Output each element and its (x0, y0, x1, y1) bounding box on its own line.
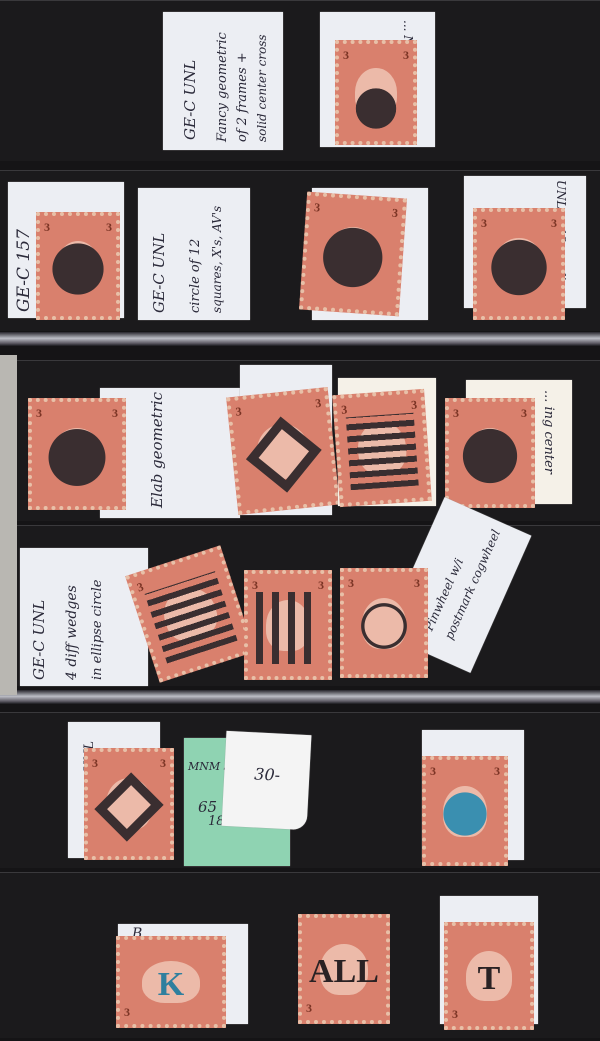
stamp[interactable]: 33 (36, 212, 120, 320)
note-text: GE-C UNL (150, 233, 168, 313)
blue-geometric-cancel (434, 778, 496, 849)
stamp[interactable]: 33 (422, 756, 508, 866)
star-cancel (485, 231, 552, 304)
stamp[interactable]: 3 T (444, 922, 534, 1030)
note-card: GE-C UNL 4 diff wedges in ellipse circle (20, 548, 148, 686)
star-cancel (346, 88, 405, 130)
stamp[interactable]: 3 K (116, 936, 226, 1028)
stamp[interactable]: 33 (332, 389, 432, 507)
stamp[interactable]: 33 (299, 192, 407, 317)
note-text: Elab geometric (148, 392, 166, 508)
strip-glare (0, 690, 600, 704)
wedge-cancel (145, 571, 238, 663)
note-card: GE-C UNL circle of 12 squares, X's, AV's (138, 188, 250, 320)
note-text: GE-C 157 (14, 229, 34, 312)
note-text: GE-C UNL (30, 600, 48, 680)
note-text: 4 diff wedges (64, 585, 80, 680)
grid-star-cancel (48, 234, 109, 304)
note-text: GE-C UNL (181, 60, 199, 140)
cork-cancel (41, 421, 113, 494)
page-edge (0, 355, 17, 695)
note-text: solid center cross (255, 34, 269, 142)
stamp[interactable]: 33 (244, 570, 332, 680)
price-tag: 30- (222, 731, 312, 830)
note-text: Fancy geometric (215, 32, 230, 142)
stamp[interactable]: 33 (445, 398, 535, 508)
stock-strip-1 (0, 0, 600, 161)
stamp[interactable]: 33 (226, 387, 340, 515)
stamp[interactable]: 33 (84, 748, 174, 860)
note-text: ... ing center (541, 390, 556, 474)
note-card: GE-C UNL Fancy geometric of 2 frames + s… (163, 12, 283, 150)
circle-cancel (352, 590, 416, 661)
all-cancel: ALL (310, 936, 377, 1007)
diamond-cancel (94, 772, 163, 841)
star-cancel (313, 216, 392, 298)
note-text: of 2 frames + (235, 52, 250, 142)
t-cancel: T (456, 944, 522, 1014)
strip-glare (0, 332, 600, 346)
price-text: 30- (254, 764, 281, 784)
note-text: squares, X's, AV's (210, 206, 224, 313)
stamp[interactable]: 3 ALL (298, 914, 390, 1024)
diamond-cancel (246, 416, 322, 492)
stamp[interactable]: 33 (335, 40, 417, 145)
stamp[interactable]: 33 (340, 568, 428, 678)
note-text: in ellipse circle (90, 580, 105, 680)
stamp[interactable]: 33 (473, 208, 565, 320)
stamp[interactable]: 33 (28, 398, 126, 510)
k-cancel: K (130, 955, 212, 1014)
bars-cancel (256, 592, 320, 663)
cross-cancel (457, 420, 523, 491)
bars-cancel (346, 412, 418, 489)
note-text: circle of 12 (188, 239, 203, 313)
